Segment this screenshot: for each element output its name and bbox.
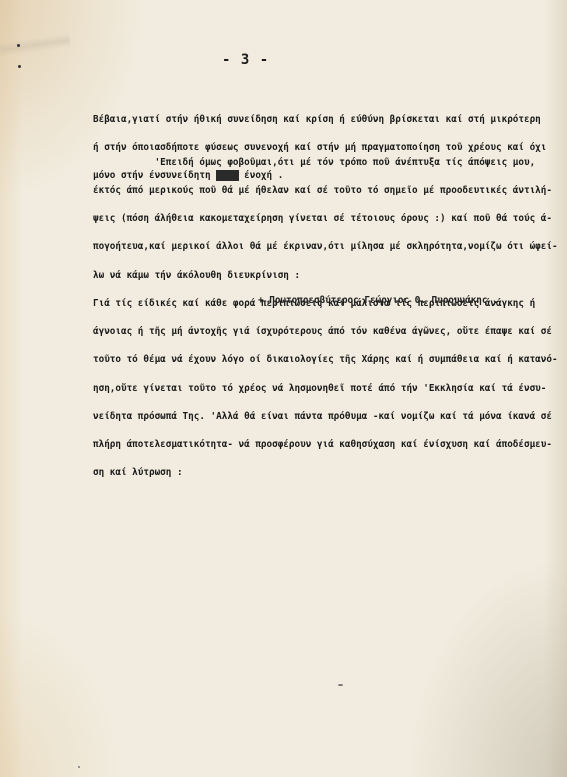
text-line: ση καί λύτρωση : xyxy=(93,468,558,477)
text-line: Βέβαια,γιατί στήν ήθική συνείδηση καί κρ… xyxy=(93,115,546,124)
paper-speck xyxy=(338,684,343,686)
punch-mark xyxy=(17,44,20,47)
signature-line: + Πρωτοπρεσβύτερος Γεώργιος Θ. Πυρουνάκη… xyxy=(258,295,499,306)
text-line: πογοήτευα,καί μερικοί άλλοι θά μέ έκρινα… xyxy=(93,242,558,251)
paper-speck xyxy=(78,766,80,768)
page-number: - 3 - xyxy=(222,52,269,68)
text-line: νείδητα πρόσωπά Της. 'Αλλά θά είναι πάντ… xyxy=(93,412,558,421)
text-line: άγνοιας ή τῆς μή άντοχῆς γιά ίσχυρότερου… xyxy=(93,327,558,336)
document-page: - 3 - Βέβαια,γιατί στήν ήθική συνείδηση … xyxy=(0,0,567,777)
paragraph-2: 'Επειδή όμως φοβοῦμαι,ότι μέ τόν τρόπο π… xyxy=(93,139,558,496)
text-line: έκτός άπό μερικούς ποῦ θά μέ ήθελαν καί … xyxy=(93,186,558,195)
text-line: πλήρη άποτελεσματικότητα- νά προσφέρουν … xyxy=(93,440,558,449)
text-line: ηση,οὔτε γίνεται τοῦτο τό χρέος νά λησμο… xyxy=(93,384,558,393)
paper-fold-crease xyxy=(0,33,71,57)
text-line: τοῦτο τό θέμα νά έχουν λόγο οί δικαιολογ… xyxy=(93,355,558,364)
text-line: λω νά κάμω τήν άκόλουθη διευκρίνιση : xyxy=(93,271,558,280)
text-line: 'Επειδή όμως φοβοῦμαι,ότι μέ τόν τρόπο π… xyxy=(93,158,558,167)
text-line: ψεις (πόση άλήθεια κακομεταχείρηση γίνετ… xyxy=(93,214,558,223)
punch-mark xyxy=(18,65,21,68)
